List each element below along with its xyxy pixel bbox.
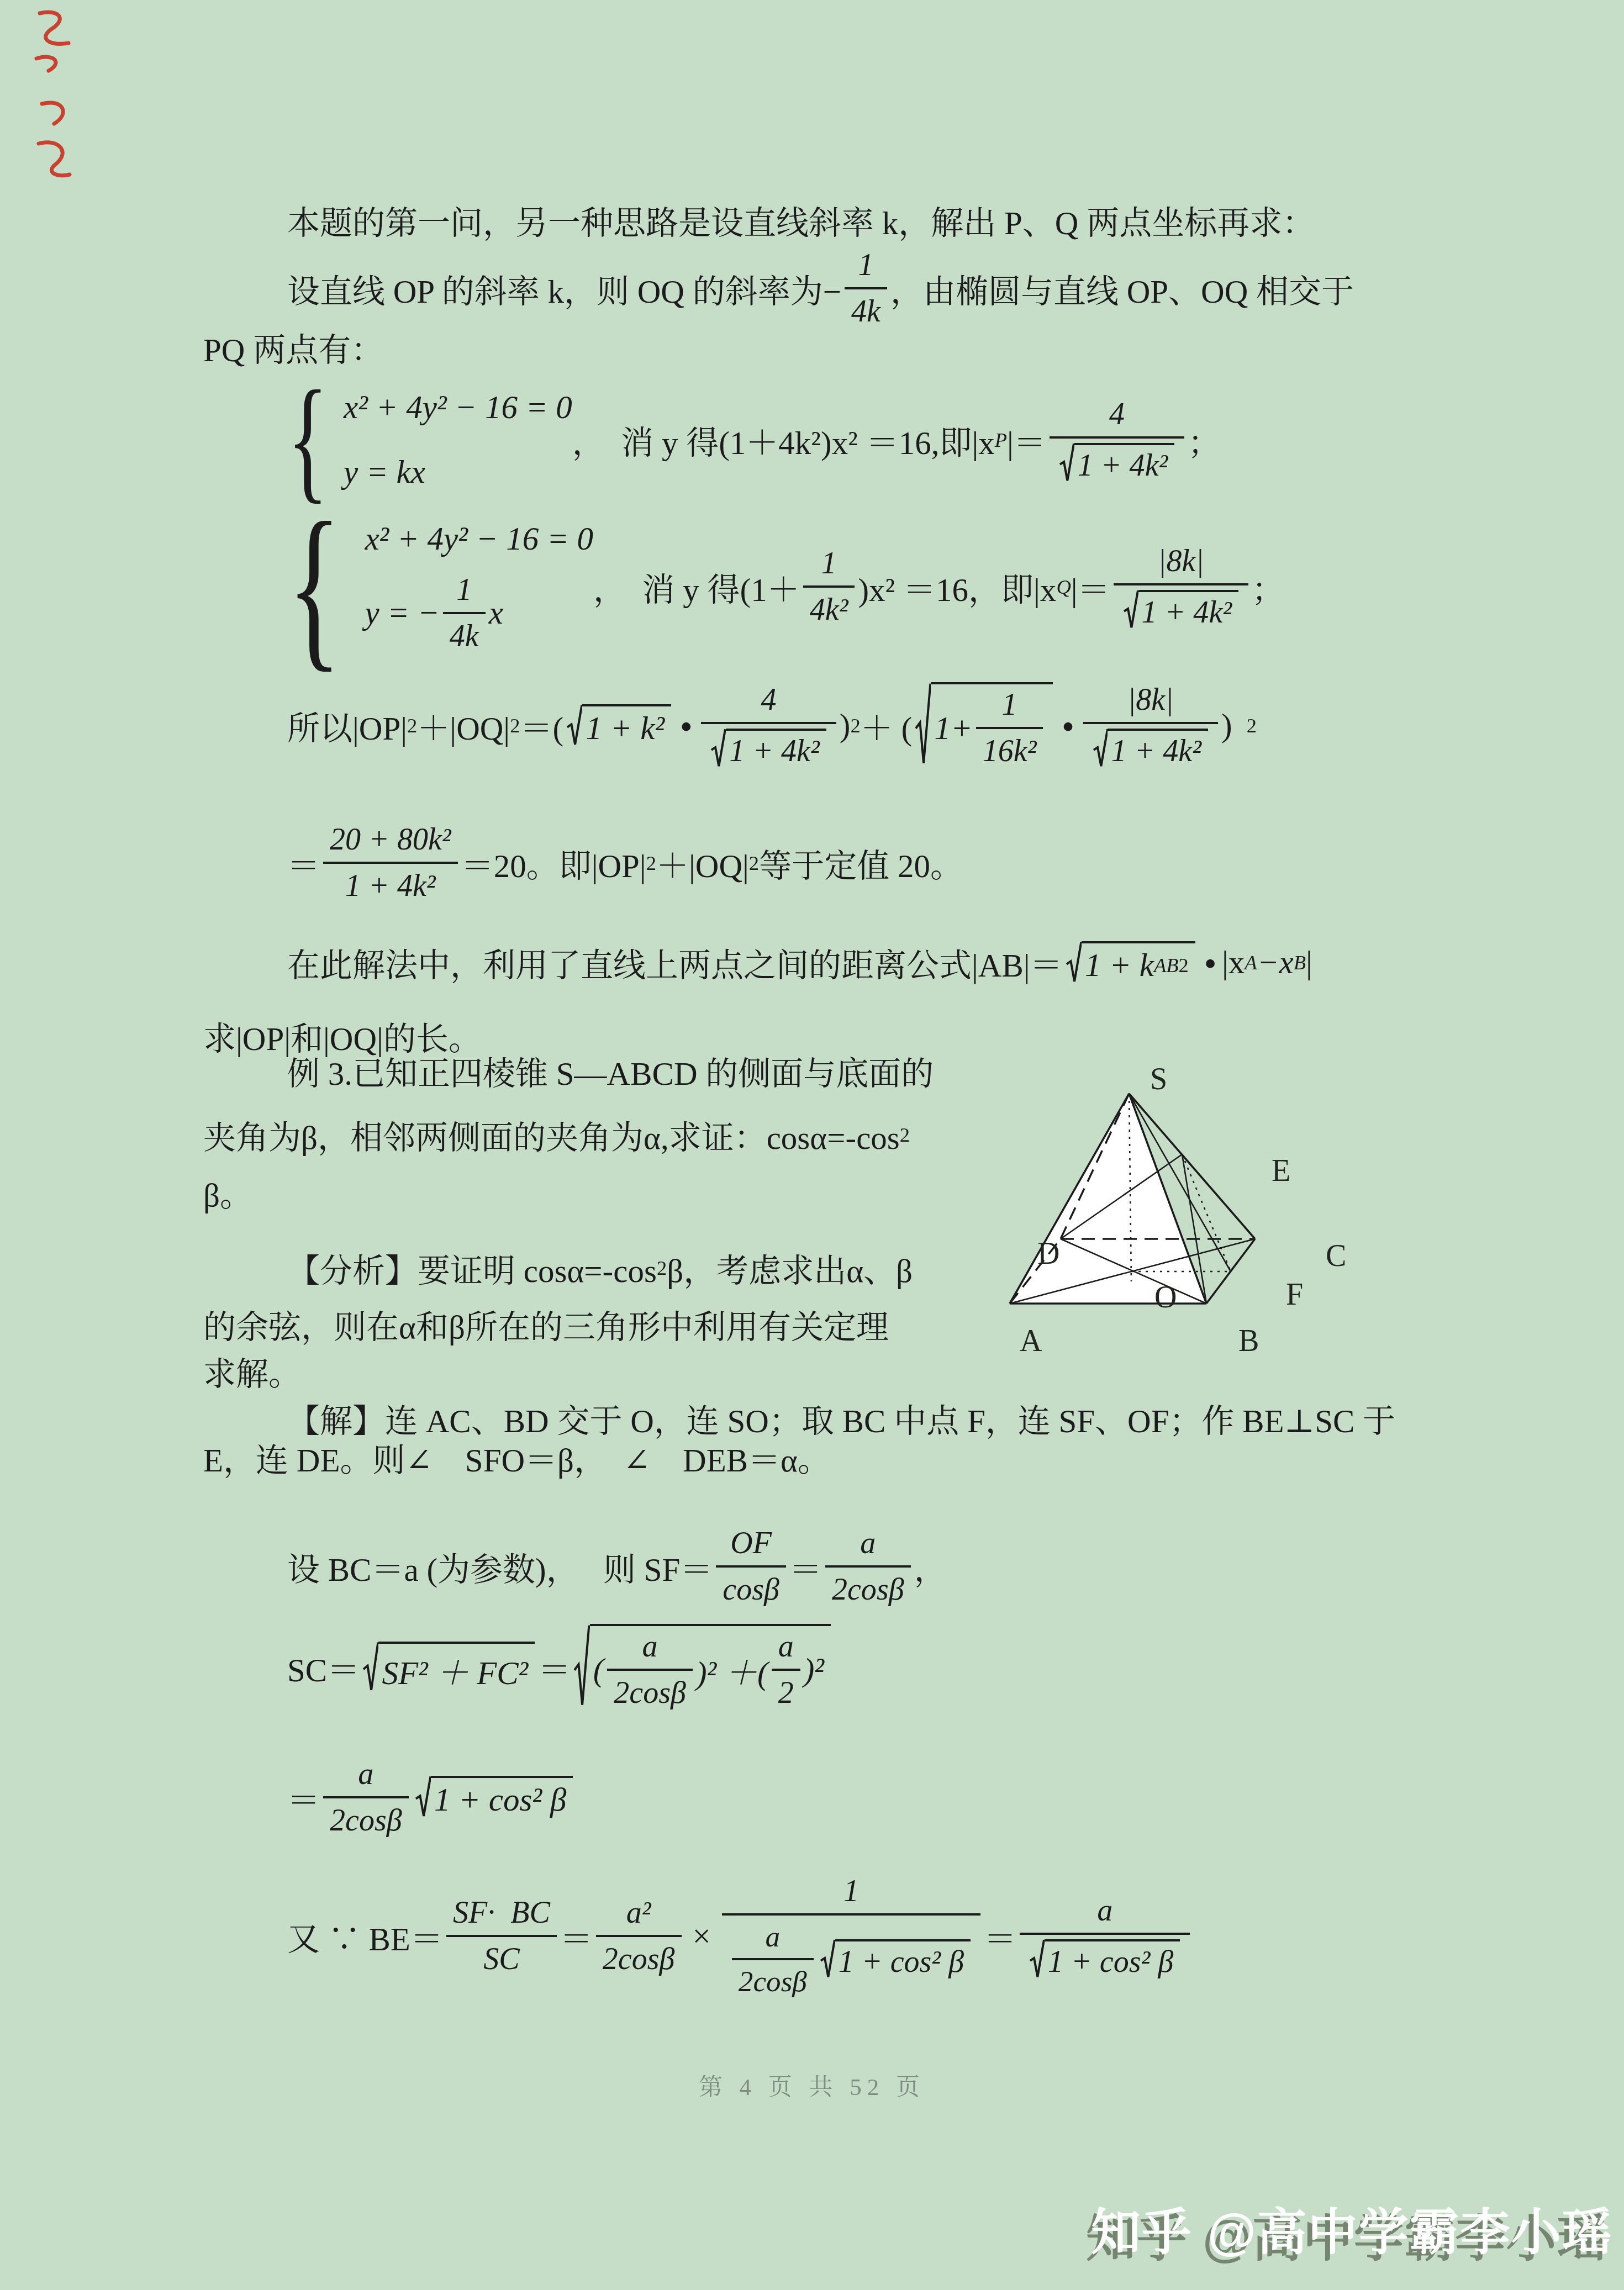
intro-line-1: 本题的第一问，另一种思路是设直线斜率 k，解出 P、Q 两点坐标再求： [287, 203, 1315, 244]
subscript-p: P [995, 428, 1007, 452]
label-C: C [1326, 1239, 1346, 1273]
system-2-row-1: x² + 4y² − 16 = 0 [365, 520, 593, 558]
example3-line-3: β。 [203, 1175, 252, 1216]
label-S: S [1150, 1062, 1167, 1096]
radical-icon [1124, 590, 1138, 630]
label-A: A [1020, 1324, 1042, 1358]
intro-line-2-text-b: ，由椭圆与直线 OP、OQ 相交于 [890, 265, 1354, 312]
system-1-row-2: y = kx [344, 453, 425, 491]
fraction-one-over-4k: 1 4k [443, 572, 486, 654]
formula-result-20: ＝ 20 + 80k² 1 + 4k² ＝20。即|OP|2＋|OQ|2等于定值… [287, 822, 963, 904]
radical-icon [363, 1642, 378, 1693]
sqrt-1-plus-k2: 1 + k² [567, 704, 671, 747]
fraction-8k-over-sqrt: |8k| 1 + 4k² [1083, 682, 1218, 769]
analysis-line-2: 的余弦，则在α和β所在的三角形中利用有关定理 [203, 1307, 889, 1348]
radical-icon [574, 1624, 589, 1711]
system-brace: { [287, 381, 328, 499]
sqrt-1-plus-cos2b: 1 + cos² β [1030, 1939, 1180, 1980]
fraction-1-over-product: 1 a 2cosβ 1 + cos² β [722, 1874, 980, 1998]
red-pen-marks-icon [23, 4, 89, 187]
label-B: B [1238, 1324, 1259, 1358]
radical-icon [415, 1776, 431, 1819]
radical-icon [711, 729, 726, 769]
dot-operator: ● [1204, 951, 1216, 974]
formula-sc-simplified: ＝ a 2cosβ 1 + cos² β [287, 1756, 576, 1838]
sqrt-1-plus-cos2b: 1 + cos² β [415, 1776, 573, 1819]
sqrt-sf2-fc2: SF² ＋ FC² [363, 1642, 535, 1693]
system-2-mid: ， 消 y 得(1＋ [593, 563, 800, 610]
fraction-a-over-2: a2 [772, 1629, 800, 1711]
fraction-a-over-sqrt: a 1 + cos² β [1020, 1893, 1190, 1980]
zhihu-watermark: 知乎 @高中学霸李小瑶 [1091, 2192, 1613, 2263]
sqrt-big-sc: (a2cosβ)² ＋(a2)² [574, 1624, 831, 1711]
dot-operator: ● [1062, 714, 1074, 737]
fraction-a-over-2cosb: a 2cosβ [732, 1920, 814, 1998]
sqrt-1-plus-4k2: 1 + 4k² [1124, 590, 1238, 630]
solution-line-1: 【解】连 AC、BD 交于 O，连 SO；取 BC 中点 F，连 SF、OF；作… [287, 1401, 1395, 1442]
system-brace: { [287, 509, 341, 664]
fraction-4-over-sqrt: 4 1 + 4k² [1050, 397, 1184, 483]
radical-icon [1093, 729, 1108, 769]
sqrt-1-plus-4k2: 1 + 4k² [1059, 443, 1174, 483]
system-1-mid: ， 消 y 得(1＋4k²)x² ＝16,即|x [572, 416, 995, 463]
formula-system-2: { x² + 4y² − 16 = 0 y = − 1 4k x ， 消 y 得… [287, 509, 1284, 664]
label-D: D [1037, 1237, 1059, 1271]
radical-icon [567, 704, 582, 747]
fraction-one-over-4k: 1 4k [845, 247, 887, 329]
sqrt-1-plus-4k2: 1 + 4k² [1093, 729, 1208, 769]
intro-line-2-text-a: 设直线 OP 的斜率 k，则 OQ 的斜率为− [287, 265, 841, 312]
fraction-a2-over-2cosb: a² 2cosβ [596, 1895, 682, 1977]
fraction-a-over-2cosb: a 2cosβ [323, 1756, 409, 1838]
formula-sf: 设 BC＝a (为参数)， 则 SF＝ OF cosβ ＝ a 2cosβ ， [287, 1526, 947, 1607]
fraction-20-80k2: 20 + 80k² 1 + 4k² [323, 822, 458, 904]
pyramid-front-face [1010, 1094, 1206, 1304]
radical-icon [1030, 1939, 1045, 1980]
fraction-1-over-16k2: 116k² [976, 687, 1043, 769]
radical-icon [1059, 443, 1074, 483]
radical-icon [820, 1939, 835, 1980]
solution-line-2: E，连 DE。则∠ SFO＝β， ∠ DEB＝α。 [203, 1441, 830, 1481]
system-1-row-1: x² + 4y² − 16 = 0 [344, 388, 572, 426]
pyramid-figure: S E D C O F A B [972, 1038, 1370, 1403]
analysis-line-1: 【分析】要证明 cosα=-cos2β，考虑求出α、β [287, 1244, 913, 1291]
fraction-8k-over-sqrt: |8k| 1 + 4k² [1114, 544, 1248, 630]
intro-line-2: 设直线 OP 的斜率 k，则 OQ 的斜率为− 1 4k ，由椭圆与直线 OP、… [287, 247, 1354, 329]
radical-icon [915, 682, 931, 769]
fraction-a-over-2cosb: a2cosβ [607, 1629, 693, 1711]
times-operator: × [693, 1917, 711, 1955]
sqrt-1-plus-1-over-16k2: 1+116k² [915, 682, 1053, 769]
formula-system-1: { x² + 4y² − 16 = 0 y = kx ， 消 y 得(1＋4k²… [287, 381, 1220, 499]
fraction-4-over-sqrt: 4 1 + 4k² [701, 682, 836, 769]
distance-formula-line: 在此解法中，利用了直线上两点之间的距离公式|AB|＝ 1 + kAB2 ● |x… [287, 939, 1312, 986]
label-E: E [1272, 1154, 1290, 1188]
example3-line-2: 夹角为β，相邻两侧面的夹角为α,求证：cosα=-cos2 [203, 1111, 910, 1158]
fraction-of-over-cosb: OF cosβ [716, 1526, 786, 1607]
label-O: O [1154, 1280, 1177, 1315]
fraction-one-over-4k2: 1 4k² [803, 546, 855, 627]
sqrt-1-plus-kab2: 1 + kAB2 [1066, 941, 1195, 984]
dot-operator: ● [680, 714, 692, 737]
fraction-a-over-2cosb: a 2cosβ [825, 1526, 911, 1607]
sqrt-1-plus-4k2: 1 + 4k² [711, 729, 826, 769]
sqrt-1-plus-cos2b: 1 + cos² β [820, 1939, 971, 1980]
fraction-sfbc-over-sc: SF· BC SC [446, 1895, 557, 1977]
page-number-footer: 第 4 页 共 52 页 [0, 2069, 1624, 2102]
label-F: F [1286, 1278, 1303, 1312]
document-page: 本题的第一问，另一种思路是设直线斜率 k，解出 P、Q 两点坐标再求： 设直线 … [0, 0, 1624, 2290]
radical-icon [1066, 941, 1082, 984]
formula-be: 又 ∵ BE＝ SF· BC SC ＝ a² 2cosβ × 1 a 2cosβ… [287, 1874, 1193, 1998]
formula-op-oq: 所以|OP|2＋|OQ|2＝( 1 + k² ● 4 1 + 4k² )2＋ (… [287, 682, 1257, 769]
analysis-line-3: 求解。 [203, 1354, 301, 1395]
formula-sc: SC＝ SF² ＋ FC² ＝ (a2cosβ)² ＋(a2)² [287, 1624, 834, 1711]
subscript-q: Q [1056, 575, 1071, 599]
example3-line-1: 例 3.已知正四棱锥 S—ABCD 的侧面与底面的 [287, 1054, 934, 1095]
system-2-row-2: y = − 1 4k x [365, 572, 503, 654]
